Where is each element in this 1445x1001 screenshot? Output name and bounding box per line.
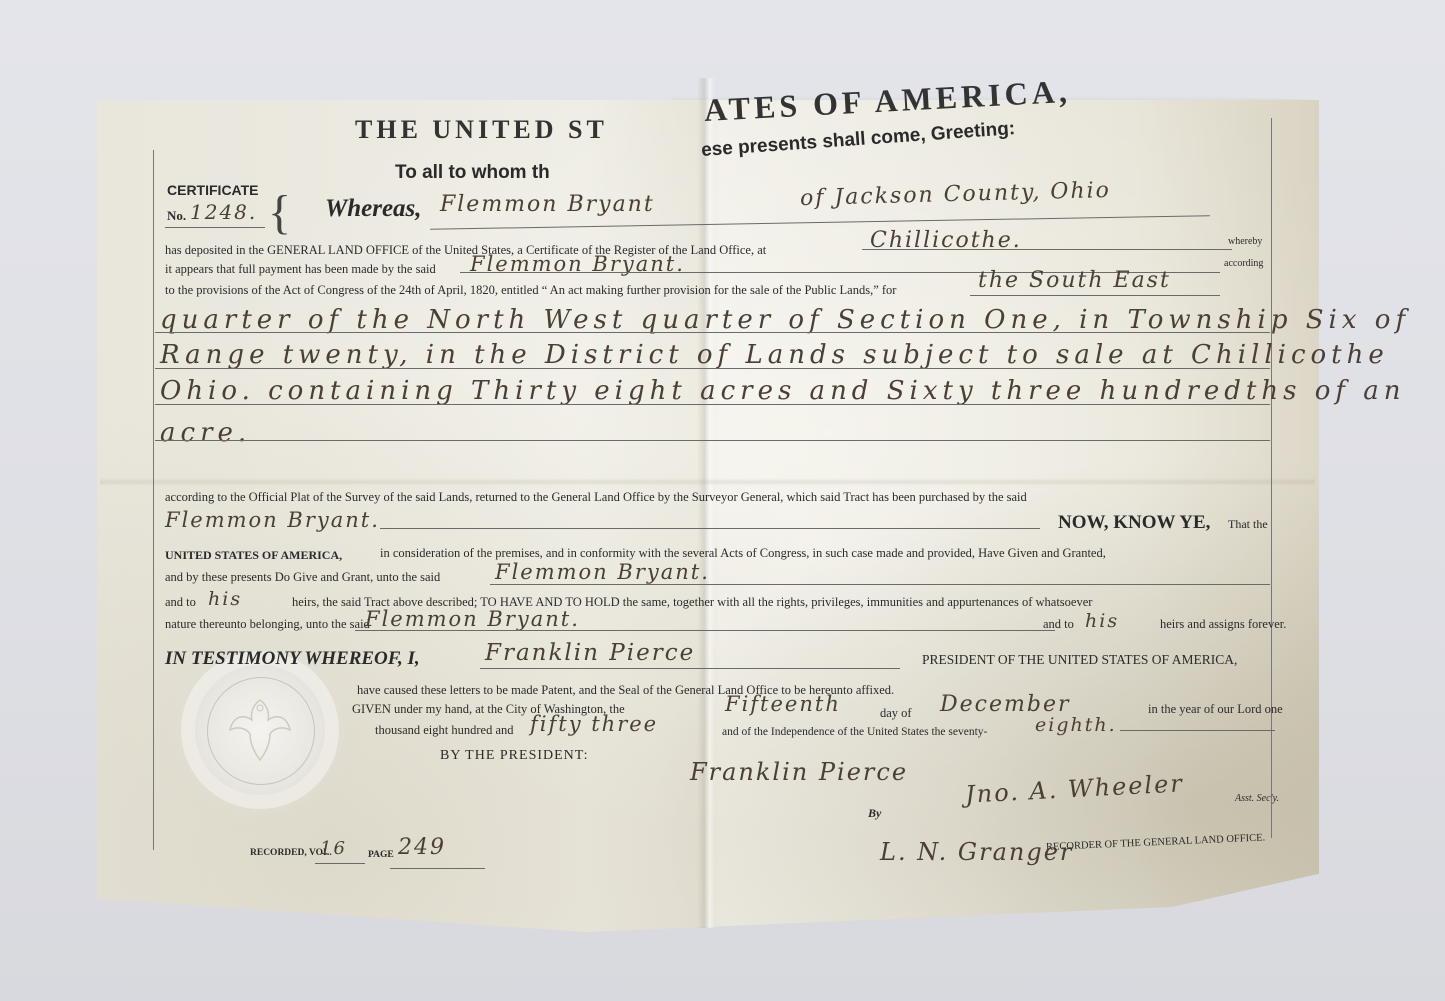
certificate-no-label: No. [167, 208, 186, 224]
land-office-rule [862, 249, 1232, 250]
now-know-ye: NOW, KNOW YE, [1058, 512, 1210, 534]
p2-line4: and by these presents Do Give and Grant,… [165, 570, 440, 585]
holder-rule [355, 630, 1055, 631]
tract-rule-3 [155, 404, 1270, 405]
whereby-text: whereby [1228, 236, 1262, 247]
testimony-label: IN TESTIMONY WHEREOF, I, [165, 648, 420, 670]
purchaser-rule [380, 528, 1040, 529]
tract-start: the South East [978, 268, 1171, 293]
whereas-name: Flemmon Bryant [440, 192, 655, 217]
tract-start-rule [970, 295, 1220, 296]
grantee-rule [490, 584, 1270, 585]
p2-line6-b: and to [1043, 617, 1074, 632]
thousand-text: thousand eight hundred and [375, 723, 514, 738]
purchaser-name: Flemmon Bryant. [165, 508, 380, 532]
p2-line1: according to the Official Plat of the Su… [165, 490, 1027, 505]
year-text: in the year of our Lord one [1148, 702, 1283, 717]
p1-line2: it appears that full payment has been ma… [165, 262, 436, 277]
tract-line-3: Ohio. containing Thirty eight acres and … [160, 376, 1406, 406]
independence-year-handwritten: eighth. [1035, 714, 1117, 736]
president-title: PRESIDENT OF THE UNITED STATES OF AMERIC… [922, 652, 1237, 668]
p2-line5-a: and to [165, 595, 196, 610]
recorded-page: 249 [398, 835, 446, 860]
recorded-volume-rule [315, 863, 365, 864]
tract-line-2: Range twenty, in the District of Lands s… [160, 340, 1389, 370]
horizontal-fold [100, 478, 1315, 486]
independence-text: and of the Independence of the United St… [722, 726, 987, 738]
certificate-label: CERTIFICATE [167, 182, 259, 198]
according-text: according [1224, 258, 1263, 269]
eagle-seal-icon [220, 690, 300, 770]
by-label: By [868, 806, 881, 821]
tract-rule-1 [155, 332, 1270, 333]
whereas-label: Whereas, [325, 195, 422, 223]
brace-glyph: { [268, 185, 291, 240]
recorded-page-rule [390, 868, 485, 869]
his-1: his [208, 588, 242, 610]
president-signature: Franklin Pierce [690, 758, 908, 786]
p2-line6-a: nature thereunto belonging, unto the sai… [165, 617, 370, 632]
year-words-handwritten: fifty three [530, 712, 658, 736]
holder-name: Flemmon Bryant. [365, 607, 580, 631]
recorded-page-label: PAGE [368, 850, 394, 860]
grantee-name: Flemmon Bryant. [495, 560, 710, 584]
that-the-text: That the [1228, 517, 1268, 532]
tract-rule-2 [155, 368, 1270, 369]
day-handwritten: Fifteenth [725, 692, 841, 716]
by-the-president: BY THE PRESIDENT: [440, 748, 589, 764]
tract-line-1: quarter of the North West quarter of Sec… [160, 305, 1410, 335]
certificate-number: 1248. [190, 200, 257, 224]
president-name-rule [480, 668, 900, 669]
general-land-office-seal [195, 665, 325, 795]
secretary-title: Asst. Sec'y. [1235, 793, 1279, 804]
independence-rule [1120, 730, 1275, 731]
left-border-rule [153, 150, 154, 850]
p2-line3: in consideration of the premises, and in… [380, 546, 1106, 561]
p2-line6-c: heirs and assigns forever. [1160, 617, 1286, 632]
recorded-volume: 16 [320, 838, 347, 859]
tract-rule-4 [155, 440, 1270, 441]
certificate-number-rule [165, 227, 265, 228]
document-title-left: THE UNITED ST [355, 115, 608, 145]
usa-bold: UNITED STATES OF AMERICA, [165, 548, 342, 563]
p1-line3: to the provisions of the Act of Congress… [165, 283, 896, 298]
greeting-left: To all to whom th [395, 162, 550, 184]
recorder-signature: L. N. Granger [880, 838, 1073, 866]
day-of-text: day of [880, 706, 912, 721]
his-2: his [1085, 610, 1119, 632]
tract-line-4: acre. [160, 418, 251, 448]
president-name-handwritten: Franklin Pierce [485, 640, 695, 666]
